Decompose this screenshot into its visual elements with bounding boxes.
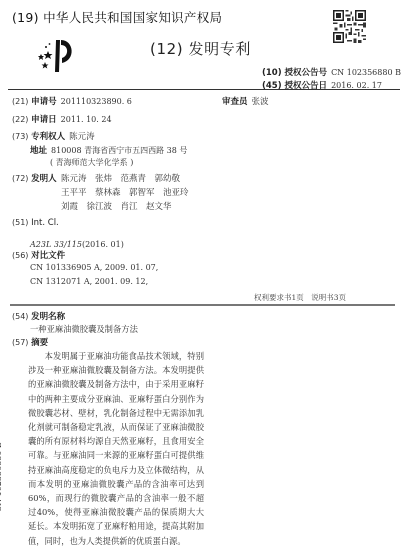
application-date-label: 申请日: [31, 115, 57, 125]
references-row: (56) 对比文件: [12, 249, 65, 261]
document-type: (12) 发明专利: [150, 38, 251, 59]
publication-number-row: (10) 授权公告号CN 102356880 B: [262, 66, 401, 78]
application-number-row: (21) 申请号201110323890. 6: [12, 95, 132, 107]
section-divider: [10, 304, 395, 306]
inventors-line-3: 刘霞 徐江波 肖江 赵文华: [61, 200, 172, 212]
int-cl-version: (2016. 01): [82, 240, 124, 249]
qr-code-icon: [333, 10, 366, 43]
application-number-label: 申请号: [31, 97, 57, 107]
application-number: 201110323890. 6: [61, 97, 132, 106]
abstract-label: 摘要: [31, 338, 48, 348]
patentee-row: (73) 专利权人陈元涛: [12, 130, 95, 142]
patentee-name: 陈元涛: [69, 132, 95, 142]
cnipa-logo-icon: [34, 32, 78, 76]
page-counts: 权利要求书1页 说明书3页: [254, 292, 346, 303]
invention-title: 一种亚麻油微胶囊及制备方法: [30, 323, 138, 335]
address-label: 地址: [30, 146, 47, 156]
examiner-name: 张波: [252, 97, 269, 107]
side-publication-code: CN 102356880 B: [0, 442, 3, 512]
patentee-label: 专利权人: [31, 132, 65, 142]
int-cl-label: Int. Cl.: [31, 218, 59, 228]
references-label: 对比文件: [31, 251, 65, 261]
examiner-label: 审查员: [222, 97, 248, 107]
header-divider: [8, 89, 400, 90]
publication-number: CN 102356880 B: [331, 68, 401, 77]
address-line-2: ( 青海师范大学化学系 ): [50, 157, 133, 168]
reference-1: CN 101336905 A, 2009. 01. 07,: [30, 263, 158, 272]
patent-office-name: (19) 中华人民共和国国家知识产权局: [12, 8, 222, 26]
reference-2: CN 1312071 A, 2001. 09. 12,: [30, 277, 148, 286]
application-date: 2011. 10. 24: [61, 115, 112, 124]
examiner-row: 审查员张波: [222, 95, 269, 107]
invention-title-label: 发明名称: [31, 312, 65, 322]
invention-title-row: (54) 发明名称: [12, 310, 65, 322]
address-line-1: 810008 青海省西宁市五四西路 38 号: [51, 146, 187, 155]
inventors-line-1: 陈元涛 张炜 范燕青 郭幼敬: [61, 172, 180, 184]
application-date-row: (22) 申请日2011. 10. 24: [12, 113, 112, 125]
abstract-text: 本发明属于亚麻油功能食品技术领域，特别涉及一种亚麻油微胶囊及制备方法。本发明提供…: [28, 349, 204, 546]
inventors-row: (72) 发明人: [12, 172, 57, 184]
int-cl-row: (51) Int. Cl.: [12, 218, 59, 228]
publication-number-label: (10) 授权公告号: [262, 68, 327, 78]
int-cl-code: A23L 33/115: [30, 240, 82, 249]
abstract-row: (57) 摘要: [12, 336, 48, 348]
inventors-line-2: 王平平 蔡林森 郭智军 池亚玲: [61, 186, 189, 198]
inventors-label: 发明人: [31, 174, 57, 184]
address-row: 地址810008 青海省西宁市五四西路 38 号: [30, 144, 187, 156]
